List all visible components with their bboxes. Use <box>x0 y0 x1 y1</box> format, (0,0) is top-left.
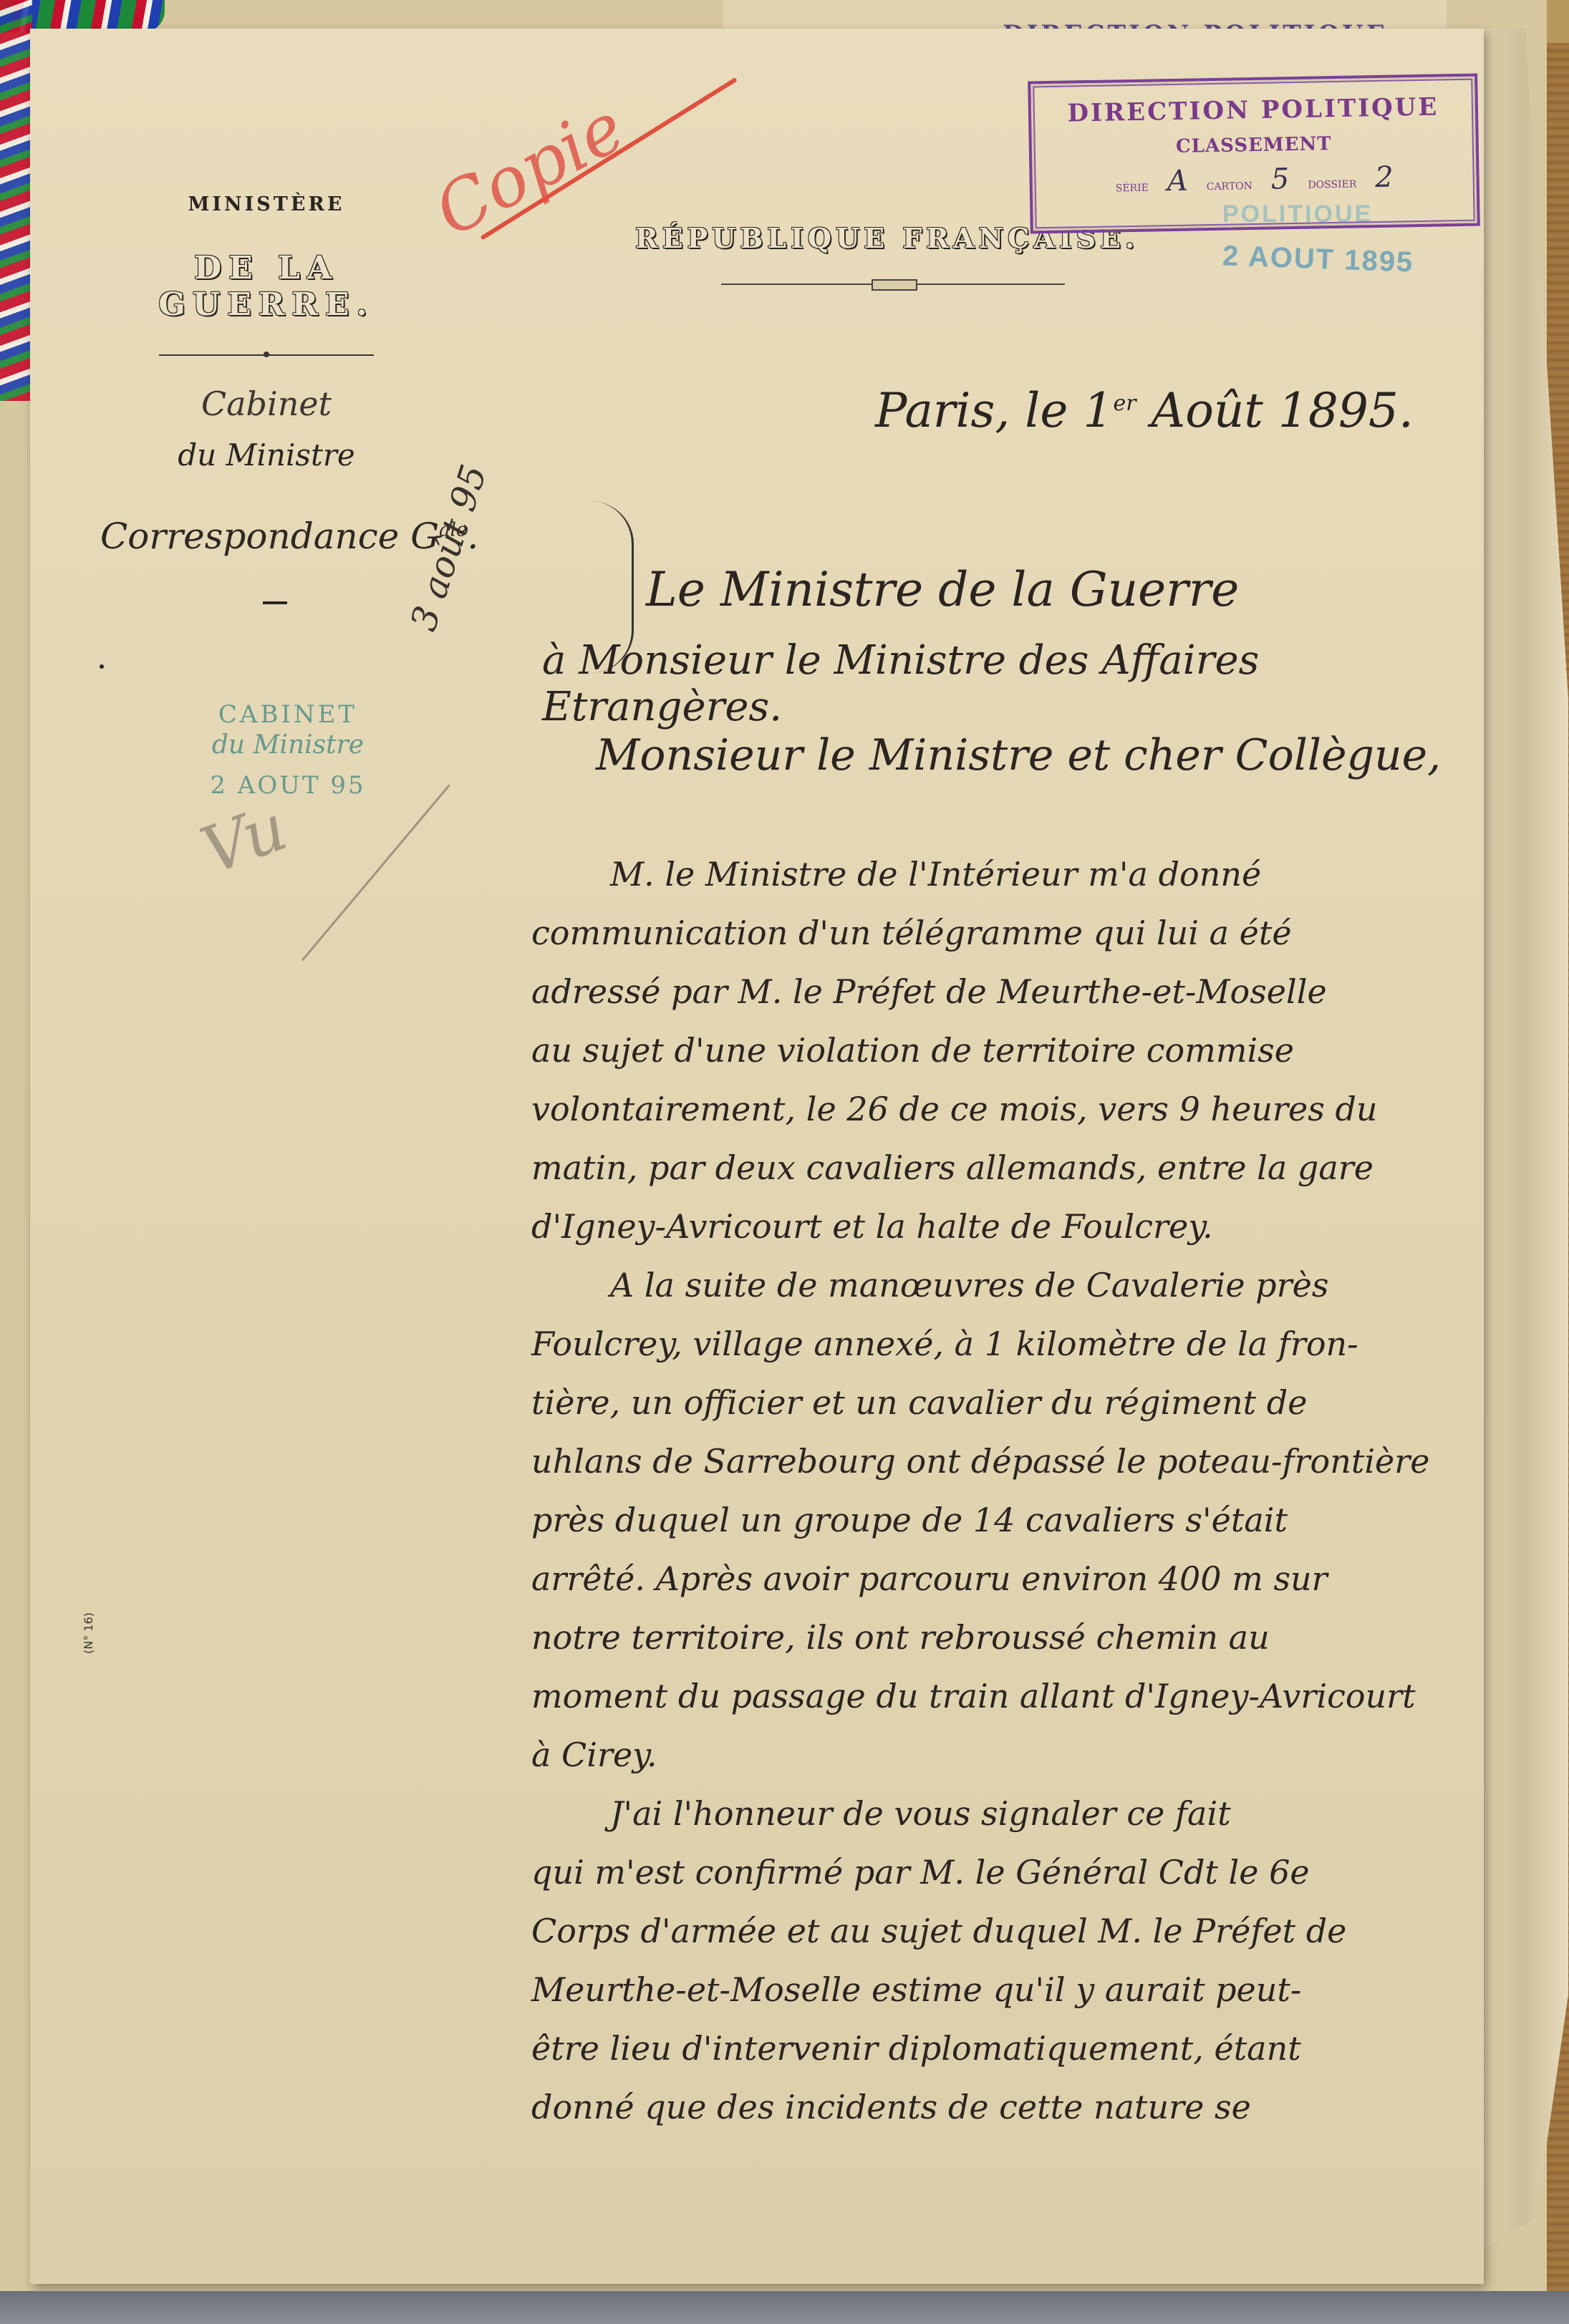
pencil-initials: Vu <box>192 790 296 889</box>
dossier-value: 2 <box>1375 161 1394 194</box>
service-line: Correspondance Gale. <box>100 515 478 557</box>
body-line: matin, par deux cavaliers allemands, ent… <box>531 1138 1520 1197</box>
cabinet-stamp-line1: CABINET <box>166 700 410 729</box>
serie-label: SÉRIE <box>1116 183 1149 195</box>
sender-line: Le Ministre de la Guerre <box>646 562 1239 617</box>
body-line: à Cirey. <box>531 1725 1520 1784</box>
body-line: arrêté. Après avoir parcouru environ 400… <box>531 1549 1520 1608</box>
body-line: uhlans de Sarrebourg ont dépassé le pote… <box>531 1432 1520 1491</box>
republic-rule <box>721 284 1065 285</box>
body-line: d'Igney-Avricourt et la halte de Foulcre… <box>531 1197 1520 1256</box>
cabinet-stamp-date: 2 AOUT 95 <box>166 771 410 800</box>
ministry-label: MINISTÈRE <box>95 193 438 216</box>
dateline-sup: er <box>1113 391 1136 416</box>
body-line: adressé par M. le Préfet de Meurthe-et-M… <box>531 962 1520 1021</box>
letterhead: MINISTÈRE DE LA GUERRE. Cabinet du Minis… <box>95 193 438 473</box>
margin-dot <box>100 664 104 669</box>
body-line: au sujet d'une violation de territoire c… <box>531 1021 1520 1080</box>
salutation: Monsieur le Ministre et cher Collègue, <box>596 730 1441 780</box>
body-line: Meurthe-et-Moselle estime qu'il y aurait… <box>531 1960 1520 2019</box>
office-cabinet: Cabinet <box>95 384 438 423</box>
body-line: Foulcrey, village annexé, à 1 kilomètre … <box>531 1314 1520 1373</box>
body-line: J'ai l'honneur de vous signaler ce fait <box>531 1784 1520 1843</box>
dateline-text: le 1 <box>1025 383 1113 438</box>
body-line: près duquel un groupe de 14 cavaliers s'… <box>531 1491 1520 1549</box>
stamp-classification-row: SÉRIE A CARTON 5 DOSSIER 2 <box>1032 160 1477 200</box>
service-text: Correspondance G <box>100 515 439 557</box>
body-line: qui m'est confirmé par M. le Général Cdt… <box>531 1843 1520 1902</box>
stamp-title: DIRECTION POLITIQUE <box>1031 92 1476 129</box>
dateline-rest: Août 1895. <box>1136 383 1414 438</box>
service-dash <box>263 601 287 604</box>
body-line: M. le Ministre de l'Intérieur m'a donné <box>531 845 1520 904</box>
scanner-edge <box>0 2291 1569 2324</box>
letter-body: M. le Ministre de l'Intérieur m'a donnéc… <box>531 845 1520 2136</box>
body-line: donné que des incidents de cette nature … <box>531 2078 1520 2136</box>
tricolor-ribbon <box>0 0 32 401</box>
body-line: Corps d'armée et au sujet duquel M. le P… <box>531 1902 1520 1960</box>
direction-politique-stamp: DIRECTION POLITIQUE CLASSEMENT SÉRIE A C… <box>1028 74 1480 234</box>
carton-value: 5 <box>1270 163 1289 195</box>
recipient-line: à Monsieur le Ministre des Affaires Etra… <box>542 637 1484 730</box>
pencil-check-mark <box>301 784 450 961</box>
ministry-name: DE LA GUERRE. <box>95 250 438 323</box>
stamp-subtitle: CLASSEMENT <box>1032 131 1476 160</box>
carton-label: CARTON <box>1207 180 1252 193</box>
body-line: A la suite de manœuvres de Cavalerie prè… <box>531 1256 1520 1314</box>
letter-page: MINISTÈRE DE LA GUERRE. Cabinet du Minis… <box>30 29 1484 2284</box>
dateline: Paris, le 1er Août 1895. <box>875 383 1414 438</box>
cabinet-stamp-line2: du Ministre <box>166 730 410 760</box>
dateline-place: Paris, <box>875 383 1010 438</box>
body-line: notre territoire, ils ont rebroussé chem… <box>531 1608 1520 1667</box>
office-du-ministre: du Ministre <box>95 437 438 473</box>
body-line: volontairement, le 26 de ce mois, vers 9… <box>531 1080 1520 1138</box>
serie-value: A <box>1167 165 1188 198</box>
body-line: tière, un officier et un cavalier du rég… <box>531 1373 1520 1432</box>
red-copy-annotation: Copie <box>422 87 637 252</box>
body-line: moment du passage du train allant d'Igne… <box>531 1667 1520 1725</box>
body-line: communication d'un télégramme qui lui a … <box>531 904 1520 962</box>
side-reference-number: (N° 16) <box>82 1612 95 1654</box>
ornamental-rule <box>159 354 374 356</box>
body-line: être lieu d'intervenir diplomatiquement,… <box>531 2019 1520 2078</box>
cabinet-stamp: CABINET du Ministre 2 AOUT 95 <box>166 700 410 800</box>
dossier-label: DOSSIER <box>1308 179 1356 191</box>
reception-stamp-date: 2 AOUT 1895 <box>1222 240 1414 279</box>
